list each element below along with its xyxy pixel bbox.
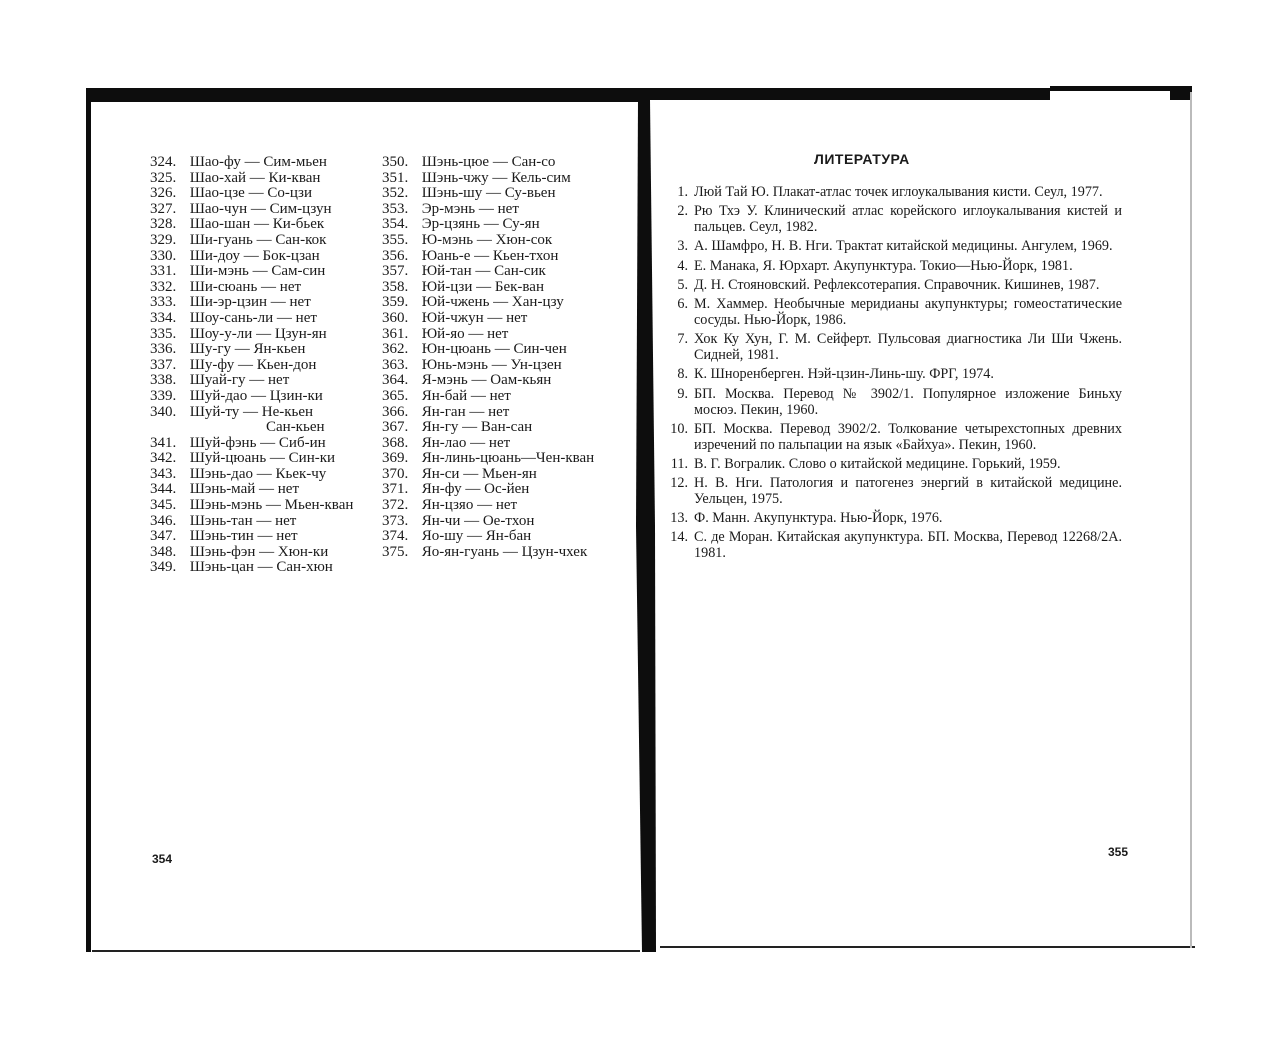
reference-item: 14.С. де Моран. Китайская акупунктура. Б… xyxy=(664,529,1122,561)
entry-number: 359. xyxy=(382,295,418,311)
entry-text: Эр-цзянь — Су-ян xyxy=(418,216,540,232)
entry-number: 358. xyxy=(382,280,418,296)
reference-item: 11.В. Г. Вогралик. Слово о китайской мед… xyxy=(664,456,1122,472)
entry-text: Ян-фу — Ос-йен xyxy=(418,481,529,497)
page-bottom-edge-right xyxy=(660,946,1195,948)
entry-text: Юй-цзи — Бек-ван xyxy=(418,279,544,295)
scan-shadow-top-right xyxy=(640,88,1050,100)
reference-number: 4. xyxy=(664,258,694,274)
index-entry: 328. Шао-шан — Ки-бьек xyxy=(150,217,380,233)
entry-text: Ян-чи — Ое-тхон xyxy=(418,513,534,529)
entry-number: 349. xyxy=(150,560,186,576)
entry-number: 348. xyxy=(150,545,186,561)
index-entry: 324. Шао-фу — Сим-мьен xyxy=(150,155,380,171)
index-entry: 329. Ши-гуань — Сан-кок xyxy=(150,233,380,249)
reference-number: 6. xyxy=(664,296,694,328)
index-entry: 342. Шуй-цюань — Син-ки xyxy=(150,451,380,467)
entry-number: 340. xyxy=(150,405,186,421)
reference-item: 4.Е. Манака, Я. Юрхарт. Акупунктура. Ток… xyxy=(664,258,1122,274)
entry-number: 363. xyxy=(382,358,418,374)
index-entry: 339. Шуй-дао — Цзин-ки xyxy=(150,389,380,405)
reference-item: 2.Рю Тхэ У. Клинический атлас корейского… xyxy=(664,203,1122,235)
index-entry: 374. Яо-шу — Ян-бан xyxy=(382,529,622,545)
index-entry: 353. Эр-мэнь — нет xyxy=(382,202,622,218)
entry-text: Шуй-фэнь — Сиб-ин xyxy=(186,435,326,451)
index-entry: 366. Ян-ган — нет xyxy=(382,405,622,421)
page-number-right: 355 xyxy=(1108,845,1128,859)
entry-text: Шуй-ту — Не-кьен xyxy=(186,404,313,420)
reference-text: Рю Тхэ У. Клинический атлас корейского и… xyxy=(694,203,1122,235)
entry-number: 337. xyxy=(150,358,186,374)
entry-number: 342. xyxy=(150,451,186,467)
entry-text: Ян-гу — Ван-сан xyxy=(418,419,532,435)
entry-number: 327. xyxy=(150,202,186,218)
reference-item: 6.М. Хаммер. Необычные меридианы акупунк… xyxy=(664,296,1122,328)
index-entry: 362. Юн-цюань — Син-чен xyxy=(382,342,622,358)
entry-text: Шу-гу — Ян-кьен xyxy=(186,341,305,357)
entry-text: Ши-доу — Бок-цзан xyxy=(186,248,320,264)
index-entry: 369. Ян-линь-цюань—Чен-кван xyxy=(382,451,622,467)
entry-number: 326. xyxy=(150,186,186,202)
entry-text: Яо-шу — Ян-бан xyxy=(418,528,531,544)
entry-number: 351. xyxy=(382,171,418,187)
index-entry: 336. Шу-гу — Ян-кьен xyxy=(150,342,380,358)
reference-text: Люй Тай Ю. Плакат-атлас точек иглоукалыв… xyxy=(694,184,1122,200)
entry-number: 373. xyxy=(382,514,418,530)
entry-text: Юй-яо — нет xyxy=(418,326,508,342)
entry-number: 332. xyxy=(150,280,186,296)
entry-text: Шоу-сань-ли — нет xyxy=(186,310,317,326)
entry-number: 365. xyxy=(382,389,418,405)
entry-number: 353. xyxy=(382,202,418,218)
reference-number: 13. xyxy=(664,510,694,526)
entry-number: 324. xyxy=(150,155,186,171)
entry-text: Шао-чун — Сим-цзун xyxy=(186,201,331,217)
entry-number: 325. xyxy=(150,171,186,187)
entry-text: Шэнь-фэн — Хюн-ки xyxy=(186,544,328,560)
entry-number: 360. xyxy=(382,311,418,327)
entry-text: Яо-ян-гуань — Цзун-чхек xyxy=(418,544,587,560)
entry-text: Шэнь-чжу — Кель-сим xyxy=(418,170,571,186)
entry-text: Шэнь-май — нет xyxy=(186,481,299,497)
entry-number: 338. xyxy=(150,373,186,389)
reference-item: 3.А. Шамфро, Н. В. Нги. Трактат китайско… xyxy=(664,238,1122,254)
book-spine-shadow xyxy=(636,100,656,952)
index-entry: 357. Юй-тан — Сан-сик xyxy=(382,264,622,280)
entry-number: 335. xyxy=(150,327,186,343)
index-entry: 370. Ян-си — Мьен-ян xyxy=(382,467,622,483)
index-entry: 333. Ши-эр-цзин — нет xyxy=(150,295,380,311)
index-entry: 325. Шао-хай — Ки-кван xyxy=(150,171,380,187)
entry-text: Шу-фу — Кьен-дон xyxy=(186,357,316,373)
reference-number: 5. xyxy=(664,277,694,293)
index-entry: 326. Шао-цзе — Со-цзи xyxy=(150,186,380,202)
reference-item: 10.БП. Москва. Перевод 3902/2. Толковани… xyxy=(664,421,1122,453)
reference-item: 13.Ф. Манн. Акупунктура. Нью-Йорк, 1976. xyxy=(664,510,1122,526)
index-entry: 371. Ян-фу — Ос-йен xyxy=(382,482,622,498)
entry-number: 371. xyxy=(382,482,418,498)
reference-text: В. Г. Вогралик. Слово о китайской медици… xyxy=(694,456,1122,472)
index-entry: 344. Шэнь-май — нет xyxy=(150,482,380,498)
entry-text: Шэнь-дао — Кьек-чу xyxy=(186,466,326,482)
entry-number: 343. xyxy=(150,467,186,483)
reference-text: М. Хаммер. Необычные меридианы акупункту… xyxy=(694,296,1122,328)
index-entry: 341. Шуй-фэнь — Сиб-ин xyxy=(150,436,380,452)
index-entry: 355. Ю-мэнь — Хюн-сок xyxy=(382,233,622,249)
entry-number: 364. xyxy=(382,373,418,389)
entry-text: Шэнь-цан — Сан-хюн xyxy=(186,559,333,575)
reference-item: 8.К. Шноренберген. Нэй-цзин-Линь-шу. ФРГ… xyxy=(664,366,1122,382)
entry-text: Юй-тан — Сан-сик xyxy=(418,263,546,279)
entry-number: 328. xyxy=(150,217,186,233)
reference-item: 5.Д. Н. Стояновский. Рефлексотерапия. Сп… xyxy=(664,277,1122,293)
reference-text: С. де Моран. Китайская акупунктура. БП. … xyxy=(694,529,1122,561)
entry-text: Шэнь-цюе — Сан-со xyxy=(418,154,555,170)
entry-text: Ян-си — Мьен-ян xyxy=(418,466,537,482)
entry-text: Шэнь-тан — нет xyxy=(186,513,296,529)
entry-text: Шао-цзе — Со-цзи xyxy=(186,185,312,201)
reference-text: Е. Манака, Я. Юрхарт. Акупунктура. Токио… xyxy=(694,258,1122,274)
reference-item: 9.БП. Москва. Перевод № 3902/1. Популярн… xyxy=(664,386,1122,418)
entry-number: 370. xyxy=(382,467,418,483)
reference-text: Д. Н. Стояновский. Рефлексотерапия. Спра… xyxy=(694,277,1122,293)
index-entry: 327. Шао-чун — Сим-цзун xyxy=(150,202,380,218)
index-entry: 372. Ян-цзяо — нет xyxy=(382,498,622,514)
index-entry: 367. Ян-гу — Ван-сан xyxy=(382,420,622,436)
index-entry: 361. Юй-яо — нет xyxy=(382,327,622,343)
entry-text: Шуай-гу — нет xyxy=(186,372,289,388)
entry-number: 354. xyxy=(382,217,418,233)
entry-number: 330. xyxy=(150,249,186,265)
entry-text: Юнь-мэнь — Ун-цзен xyxy=(418,357,562,373)
entry-text: Шао-хай — Ки-кван xyxy=(186,170,320,186)
entry-text: Шэнь-мэнь — Мьен-кван xyxy=(186,497,353,513)
page-bottom-edge-left xyxy=(92,950,640,952)
entry-number: 362. xyxy=(382,342,418,358)
entry-text: Ян-лао — нет xyxy=(418,435,510,451)
reference-list: 1.Люй Тай Ю. Плакат-атлас точек иглоукал… xyxy=(664,184,1122,565)
index-entry: 360. Юй-чжун — нет xyxy=(382,311,622,327)
reference-item: 1.Люй Тай Ю. Плакат-атлас точек иглоукал… xyxy=(664,184,1122,200)
index-entry: 373. Ян-чи — Ое-тхон xyxy=(382,514,622,530)
reference-text: БП. Москва. Перевод 3902/2. Толкование ч… xyxy=(694,421,1122,453)
index-entry: 350. Шэнь-цюе — Сан-со xyxy=(382,155,622,171)
entry-text: Юн-цюань — Син-чен xyxy=(418,341,567,357)
index-entry: 359. Юй-чжень — Хан-цзу xyxy=(382,295,622,311)
entry-text: Ши-сюань — нет xyxy=(186,279,301,295)
reference-number: 2. xyxy=(664,203,694,235)
entry-number: 329. xyxy=(150,233,186,249)
reference-number: 9. xyxy=(664,386,694,418)
entry-number: 352. xyxy=(382,186,418,202)
reference-text: Н. В. Нги. Патология и патогенез энергий… xyxy=(694,475,1122,507)
reference-number: 3. xyxy=(664,238,694,254)
reference-number: 11. xyxy=(664,456,694,472)
entry-number: 333. xyxy=(150,295,186,311)
index-entry: 358. Юй-цзи — Бек-ван xyxy=(382,280,622,296)
reference-number: 10. xyxy=(664,421,694,453)
index-column-2: 350. Шэнь-цюе — Сан-со351. Шэнь-чжу — Ке… xyxy=(382,155,622,560)
reference-text: Хок Ку Хун, Г. М. Сейферт. Пульсовая диа… xyxy=(694,331,1122,363)
entry-number: 350. xyxy=(382,155,418,171)
entry-text: Эр-мэнь — нет xyxy=(418,201,519,217)
index-entry: 345. Шэнь-мэнь — Мьен-кван xyxy=(150,498,380,514)
entry-text: Ши-гуань — Сан-кок xyxy=(186,232,326,248)
book-spread-scan: 324. Шао-фу — Сим-мьен325. Шао-хай — Ки-… xyxy=(0,0,1280,1041)
entry-number: 375. xyxy=(382,545,418,561)
index-entry: 347. Шэнь-тин — нет xyxy=(150,529,380,545)
scan-shadow-top-left xyxy=(86,88,646,102)
reference-number: 7. xyxy=(664,331,694,363)
entry-text: Шэнь-шу — Су-вьен xyxy=(418,185,555,201)
reference-number: 1. xyxy=(664,184,694,200)
entry-number: 366. xyxy=(382,405,418,421)
entry-text: Юань-е — Кьен-тхон xyxy=(418,248,558,264)
entry-number: 339. xyxy=(150,389,186,405)
reference-item: 7.Хок Ку Хун, Г. М. Сейферт. Пульсовая д… xyxy=(664,331,1122,363)
index-entry: 330. Ши-доу — Бок-цзан xyxy=(150,249,380,265)
entry-number: 372. xyxy=(382,498,418,514)
entry-number: 347. xyxy=(150,529,186,545)
scan-shadow-top-right-corner xyxy=(1170,88,1192,100)
index-entry: 375. Яо-ян-гуань — Цзун-чхек xyxy=(382,545,622,561)
index-entry: 349. Шэнь-цан — Сан-хюн xyxy=(150,560,380,576)
index-column-1: 324. Шао-фу — Сим-мьен325. Шао-хай — Ки-… xyxy=(150,155,380,576)
entry-number: 361. xyxy=(382,327,418,343)
entry-number: 356. xyxy=(382,249,418,265)
entry-text: Ши-эр-цзин — нет xyxy=(186,294,311,310)
index-entry: 352. Шэнь-шу — Су-вьен xyxy=(382,186,622,202)
index-entry: 331. Ши-мэнь — Сам-син xyxy=(150,264,380,280)
reference-number: 8. xyxy=(664,366,694,382)
entry-text: Шуй-дао — Цзин-ки xyxy=(186,388,323,404)
index-entry: 338. Шуай-гу — нет xyxy=(150,373,380,389)
index-entry: 335. Шоу-у-ли — Цзун-ян xyxy=(150,327,380,343)
entry-number: 334. xyxy=(150,311,186,327)
entry-text: Юй-чжун — нет xyxy=(418,310,527,326)
entry-number: 374. xyxy=(382,529,418,545)
index-entry: 346. Шэнь-тан — нет xyxy=(150,514,380,530)
entry-number: 341. xyxy=(150,436,186,452)
entry-number: 344. xyxy=(150,482,186,498)
entry-text: Я-мэнь — Оам-кьян xyxy=(418,372,551,388)
entry-text: Ян-цзяо — нет xyxy=(418,497,517,513)
index-entry: 351. Шэнь-чжу — Кель-сим xyxy=(382,171,622,187)
section-title: ЛИТЕРАТУРА xyxy=(814,151,910,167)
entry-text: Шао-шан — Ки-бьек xyxy=(186,216,324,232)
reference-number: 14. xyxy=(664,529,694,561)
entry-text: Ян-линь-цюань—Чен-кван xyxy=(418,450,594,466)
entry-text: Юй-чжень — Хан-цзу xyxy=(418,294,564,310)
entry-number: 355. xyxy=(382,233,418,249)
entry-number: 336. xyxy=(150,342,186,358)
index-entry: 364. Я-мэнь — Оам-кьян xyxy=(382,373,622,389)
index-entry: 365. Ян-бай — нет xyxy=(382,389,622,405)
index-entry: 356. Юань-е — Кьен-тхон xyxy=(382,249,622,265)
reference-item: 12.Н. В. Нги. Патология и патогенез энер… xyxy=(664,475,1122,507)
index-entry: 348. Шэнь-фэн — Хюн-ки xyxy=(150,545,380,561)
entry-number: 367. xyxy=(382,420,418,436)
reference-text: К. Шноренберген. Нэй-цзин-Линь-шу. ФРГ, … xyxy=(694,366,1122,382)
reference-text: А. Шамфро, Н. В. Нги. Трактат китайской … xyxy=(694,238,1122,254)
index-entry: 340. Шуй-ту — Не-кьенСан-кьен xyxy=(150,405,380,436)
entry-text: Шоу-у-ли — Цзун-ян xyxy=(186,326,327,342)
entry-number: 346. xyxy=(150,514,186,530)
entry-number: 369. xyxy=(382,451,418,467)
entry-text: Шэнь-тин — нет xyxy=(186,528,298,544)
entry-text: Шуй-цюань — Син-ки xyxy=(186,450,335,466)
entry-text: Шао-фу — Сим-мьен xyxy=(186,154,327,170)
reference-text: БП. Москва. Перевод № 3902/1. Популярное… xyxy=(694,386,1122,418)
entry-text: Ю-мэнь — Хюн-сок xyxy=(418,232,552,248)
index-entry: 368. Ян-лао — нет xyxy=(382,436,622,452)
index-entry: 337. Шу-фу — Кьен-дон xyxy=(150,358,380,374)
page-right-edge xyxy=(1190,92,1192,948)
scan-shadow-left-edge xyxy=(86,100,91,952)
reference-number: 12. xyxy=(664,475,694,507)
entry-text: Ши-мэнь — Сам-син xyxy=(186,263,325,279)
index-entry: 334. Шоу-сань-ли — нет xyxy=(150,311,380,327)
entry-number: 345. xyxy=(150,498,186,514)
entry-number: 357. xyxy=(382,264,418,280)
index-entry: 363. Юнь-мэнь — Ун-цзен xyxy=(382,358,622,374)
entry-continuation: Сан-кьен xyxy=(150,420,380,436)
entry-text: Ян-ган — нет xyxy=(418,404,509,420)
entry-text: Ян-бай — нет xyxy=(418,388,511,404)
index-entry: 343. Шэнь-дао — Кьек-чу xyxy=(150,467,380,483)
entry-number: 331. xyxy=(150,264,186,280)
page-number-left: 354 xyxy=(152,852,172,866)
reference-text: Ф. Манн. Акупунктура. Нью-Йорк, 1976. xyxy=(694,510,1122,526)
index-entry: 354. Эр-цзянь — Су-ян xyxy=(382,217,622,233)
index-entry: 332. Ши-сюань — нет xyxy=(150,280,380,296)
entry-number: 368. xyxy=(382,436,418,452)
